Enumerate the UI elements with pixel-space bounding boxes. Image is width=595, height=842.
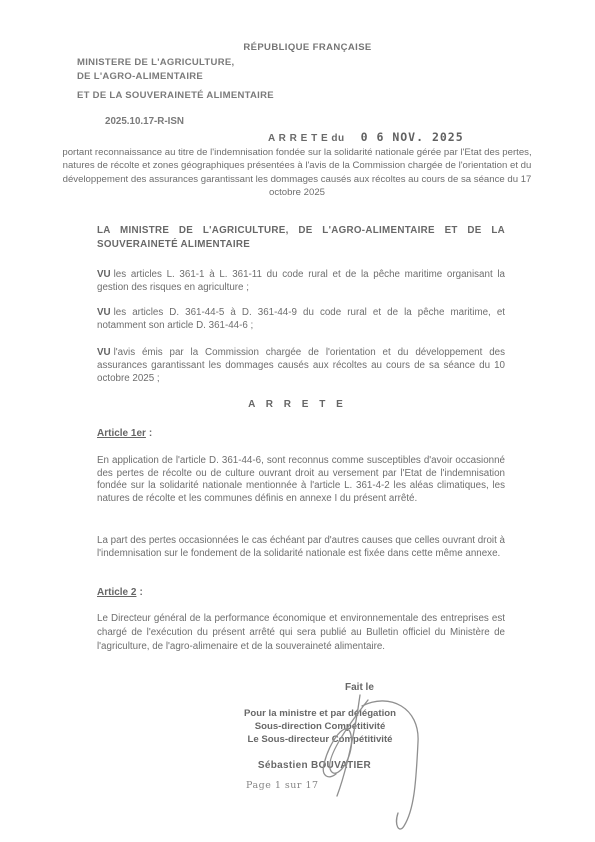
vu-recital-3: VUl'avis émis par la Commission chargée … bbox=[97, 346, 505, 386]
vu-keyword-3: VU bbox=[97, 347, 111, 358]
document-reference: 2025.10.17-R-ISN bbox=[105, 116, 184, 127]
ministry-letterhead: MINISTERE DE L'AGRICULTURE, DE L'AGRO-AL… bbox=[77, 56, 274, 103]
arrete-du-label: A R R E T E du bbox=[268, 133, 345, 144]
ministry-line-1: MINISTERE DE L'AGRICULTURE, bbox=[77, 56, 274, 70]
vu-recital-1: VUles articles L. 361-1 à L. 361-11 du c… bbox=[97, 268, 505, 294]
article-1-label-text: Article 1er bbox=[97, 428, 146, 439]
article-2-label-text: Article 2 bbox=[97, 587, 136, 598]
vu-text-3: l'avis émis par la Commission chargée de… bbox=[97, 347, 505, 384]
vu-keyword-2: VU bbox=[97, 307, 111, 318]
article-1-paragraph-2: La part des pertes occasionnées le cas é… bbox=[97, 534, 505, 560]
article-1-paragraph-1: En application de l'article D. 361-44-6,… bbox=[97, 455, 505, 506]
arrete-heading: A R R E T E bbox=[0, 399, 595, 410]
ministry-line-3: ET DE LA SOUVERAINETÉ ALIMENTAIRE bbox=[77, 89, 274, 103]
handwritten-signature bbox=[310, 692, 450, 842]
article-2-colon: : bbox=[139, 587, 142, 598]
article-1-label: Article 1er: bbox=[97, 428, 152, 439]
republic-heading: RÉPUBLIQUE FRANÇAISE bbox=[20, 42, 595, 53]
document-page: RÉPUBLIQUE FRANÇAISE MINISTERE DE L'AGRI… bbox=[0, 0, 595, 842]
decree-title: portant reconnaissance au titre de l'ind… bbox=[62, 146, 532, 200]
vu-recital-2: VUles articles D. 361-44-5 à D. 361-44-9… bbox=[97, 306, 505, 332]
vu-text-1: les articles L. 361-1 à L. 361-11 du cod… bbox=[97, 269, 505, 293]
article-2-paragraph-1: Le Directeur général de la performance é… bbox=[97, 612, 505, 655]
vu-keyword-1: VU bbox=[97, 269, 111, 280]
minister-heading: LA MINISTRE DE L'AGRICULTURE, DE L'AGRO-… bbox=[97, 224, 505, 252]
page-number-indicator: Page 1 sur 17 bbox=[246, 780, 319, 791]
ministry-line-2: DE L'AGRO-ALIMENTAIRE bbox=[77, 70, 274, 84]
article-2-label: Article 2: bbox=[97, 587, 143, 598]
date-stamp: 0 6 NOV. 2025 bbox=[361, 130, 464, 144]
arrete-du-line: A R R E T E du 0 6 NOV. 2025 bbox=[268, 130, 464, 144]
vu-text-2: les articles D. 361-44-5 à D. 361-44-9 d… bbox=[97, 307, 505, 331]
article-1-colon: : bbox=[149, 428, 152, 439]
